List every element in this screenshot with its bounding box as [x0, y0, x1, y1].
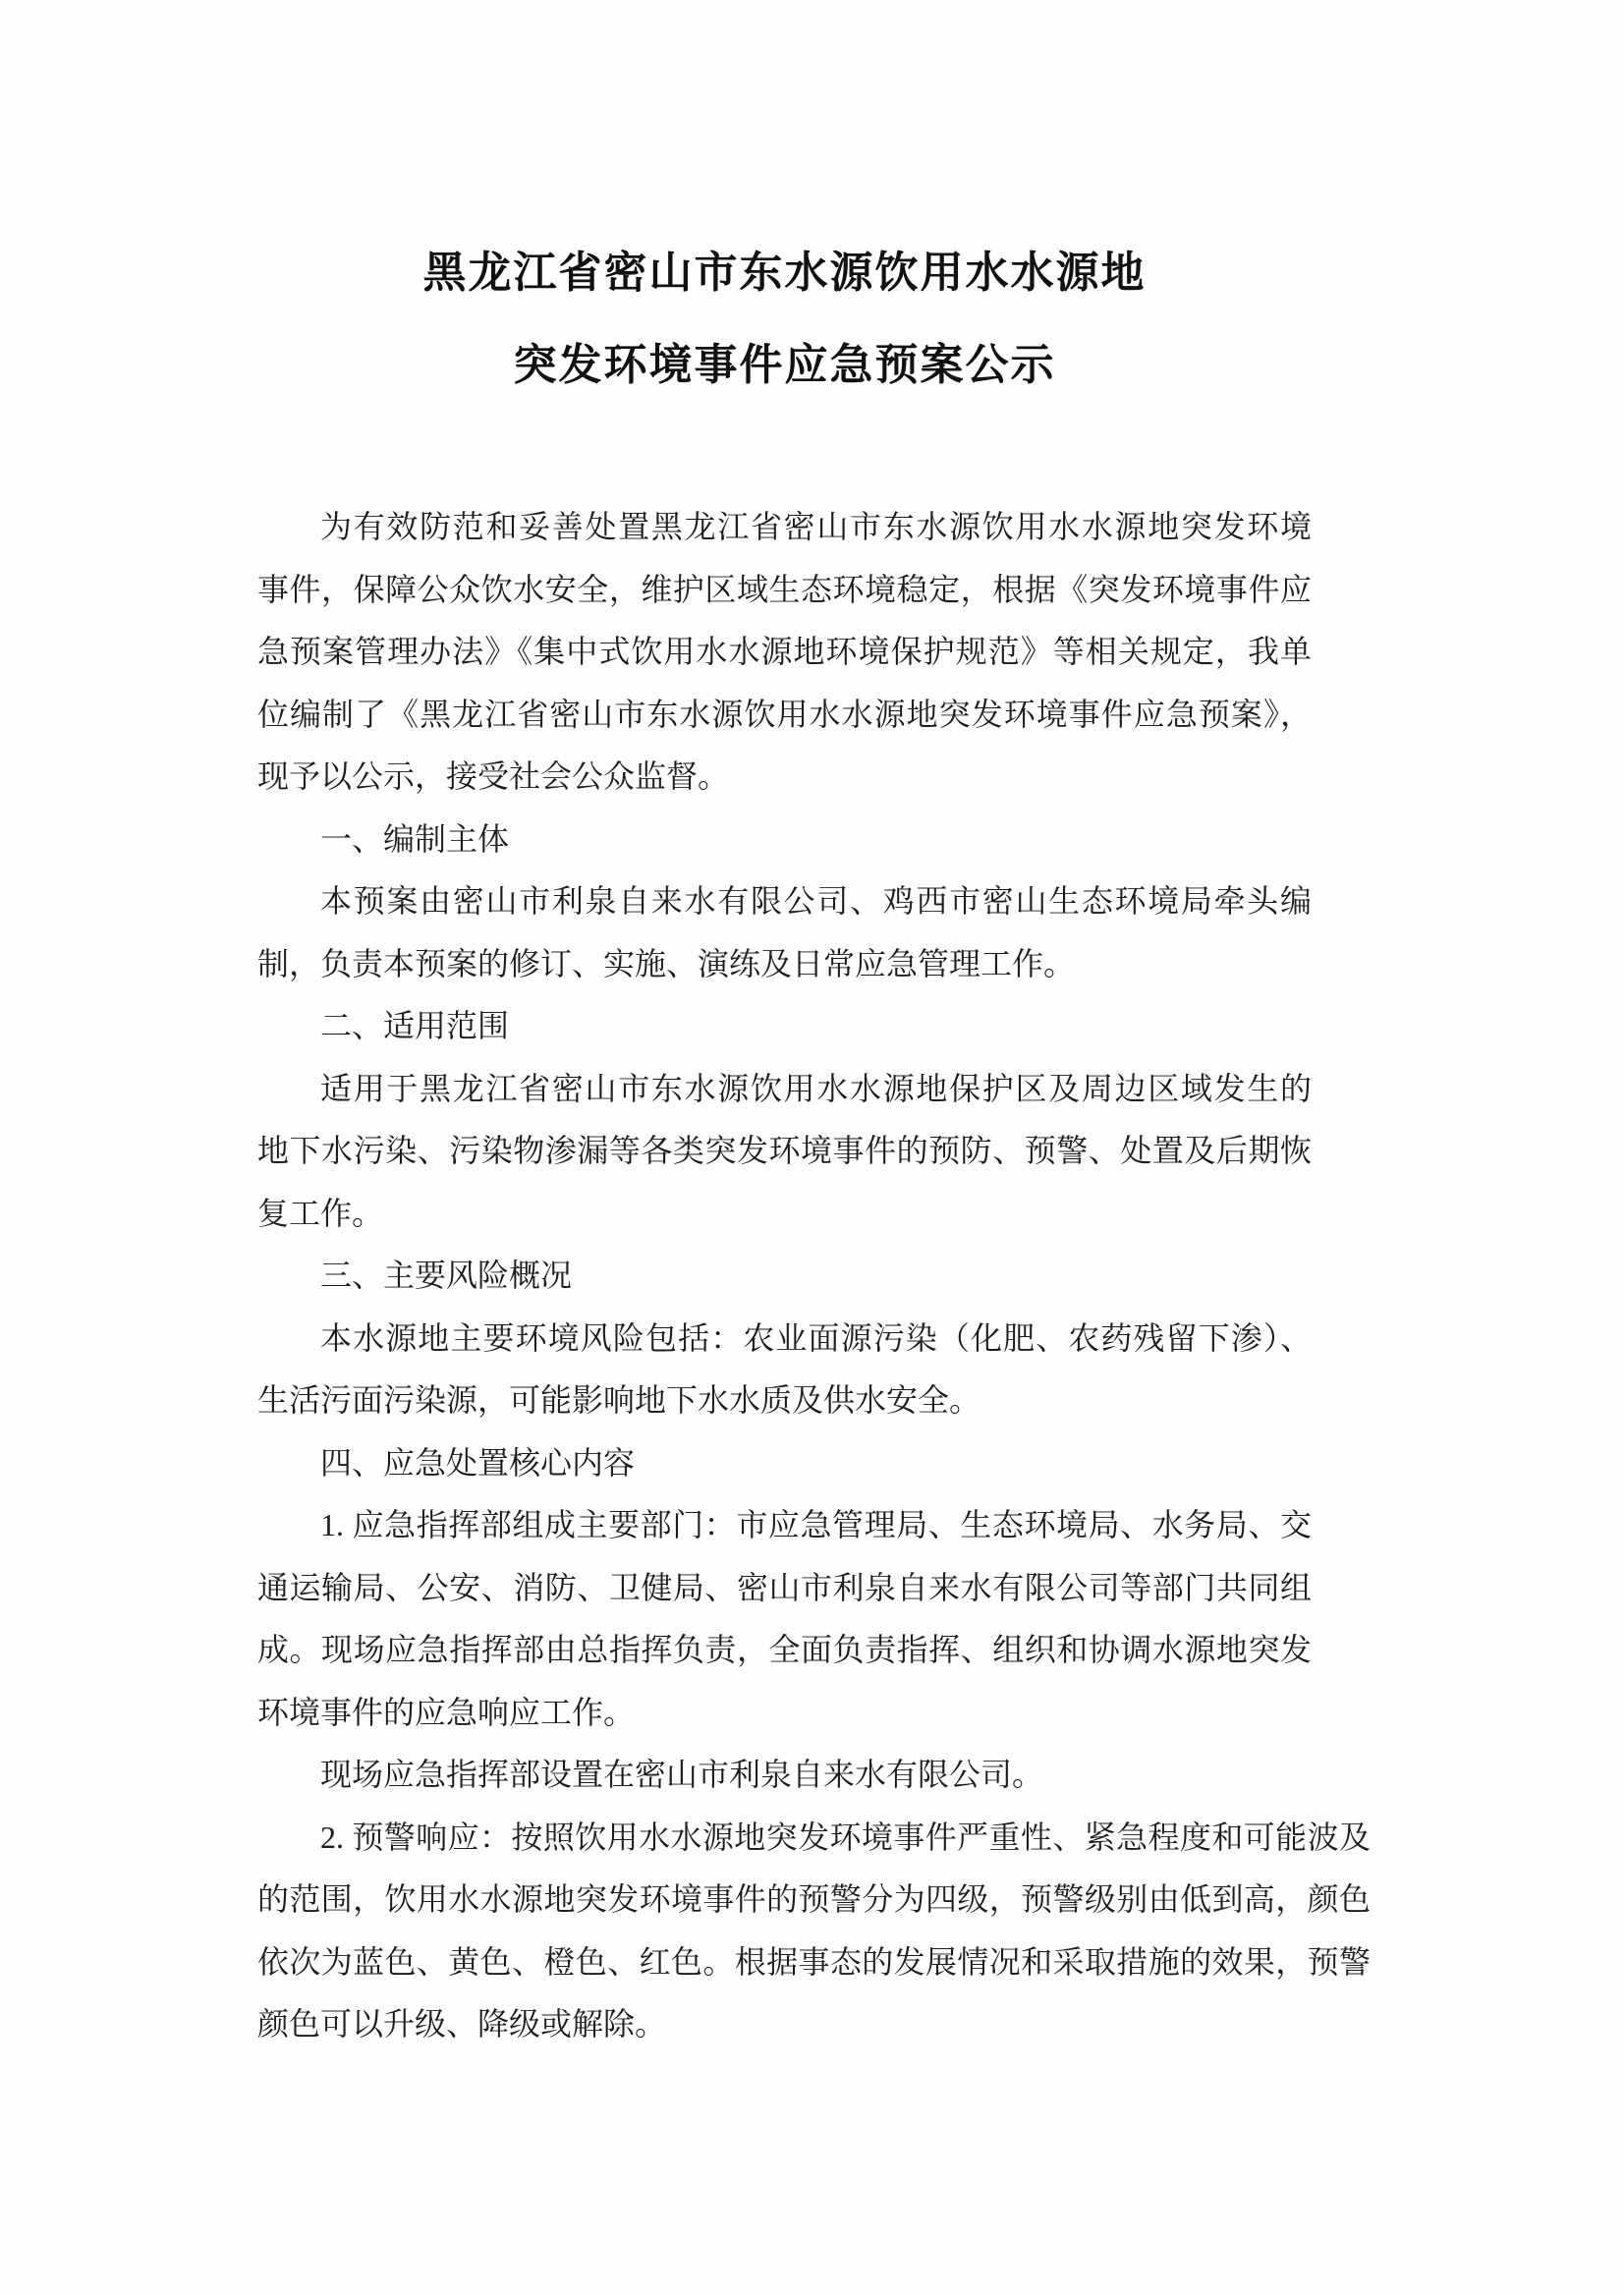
text-line: 事件，保障公众饮水安全，维护区域生态环境稳定，根据《突发环境事件应: [257, 559, 1312, 622]
text-line: 2. 预警响应：按照饮用水水源地突发环境事件严重性、紧急程度和可能波及: [257, 1807, 1371, 1870]
text-line: 位编制了《黑龙江省密山市东水源饮用水水源地突发环境事件应急预案》，: [257, 684, 1312, 747]
text-line: 现场应急指挥部设置在密山市利泉自来水有限公司。: [257, 1744, 1312, 1807]
text-line: 依次为蓝色、黄色、橙色、红色。根据事态的发展情况和采取措施的效果，预警: [257, 1931, 1371, 1994]
text-line: 本预案由密山市利泉自来水有限公司、鸡西市密山生态环境局牵头编: [257, 870, 1312, 933]
text-line: 适用于黑龙江省密山市东水源饮用水水源地保护区及周边区域发生的: [257, 1058, 1312, 1121]
text-line: 急预案管理办法》《集中式饮用水水源地环境保护规范》等相关规定，我单: [257, 621, 1312, 684]
text-line: 制，负责本预案的修订、实施、演练及日常应急管理工作。: [257, 933, 1312, 996]
text-line: 三、主要风险概况: [257, 1245, 1312, 1308]
text-line: 复工作。: [257, 1183, 1312, 1246]
page-title-line-2: 突发环境事件应急预案公示: [257, 342, 1312, 389]
text-line: 的范围，饮用水水源地突发环境事件的预警分为四级，预警级别由低到高，颜色: [257, 1869, 1371, 1931]
text-line: 地下水污染、污染物渗漏等各类突发环境事件的预防、预警、处置及后期恢: [257, 1120, 1312, 1183]
page-title-line-1: 黑龙江省密山市东水源饮用水水源地: [257, 250, 1312, 297]
text-line: 现予以公示，接受社会公众监督。: [257, 746, 1312, 809]
text-line: 生活污面污染源，可能影响地下水水质及供水安全。: [257, 1370, 1312, 1432]
text-line: 二、适用范围: [257, 995, 1312, 1058]
document-page: 黑龙江省密山市东水源饮用水水源地 突发环境事件应急预案公示 为有效防范和妥善处置…: [0, 0, 1624, 2295]
text-line: 环境事件的应急响应工作。: [257, 1682, 1312, 1745]
text-line: 成。现场应急指挥部由总指挥负责，全面负责指挥、组织和协调水源地突发: [257, 1619, 1312, 1682]
text-line: 一、编制主体: [257, 809, 1312, 871]
text-line: 通运输局、公安、消防、卫健局、密山市利泉自来水有限公司等部门共同组: [257, 1557, 1312, 1620]
text-line: 四、应急处置核心内容: [257, 1432, 1312, 1495]
text-line: 1. 应急指挥部组成主要部门：市应急管理局、生态环境局、水务局、交: [257, 1494, 1312, 1557]
text-line: 本水源地主要环境风险包括：农业面源污染（化肥、农药残留下渗）、: [257, 1308, 1312, 1371]
text-line: 颜色可以升级、降级或解除。: [257, 1993, 1371, 2056]
document-body: 为有效防范和妥善处置黑龙江省密山市东水源饮用水水源地突发环境事件，保障公众饮水安…: [257, 496, 1371, 2056]
text-line: 为有效防范和妥善处置黑龙江省密山市东水源饮用水水源地突发环境: [257, 496, 1312, 559]
